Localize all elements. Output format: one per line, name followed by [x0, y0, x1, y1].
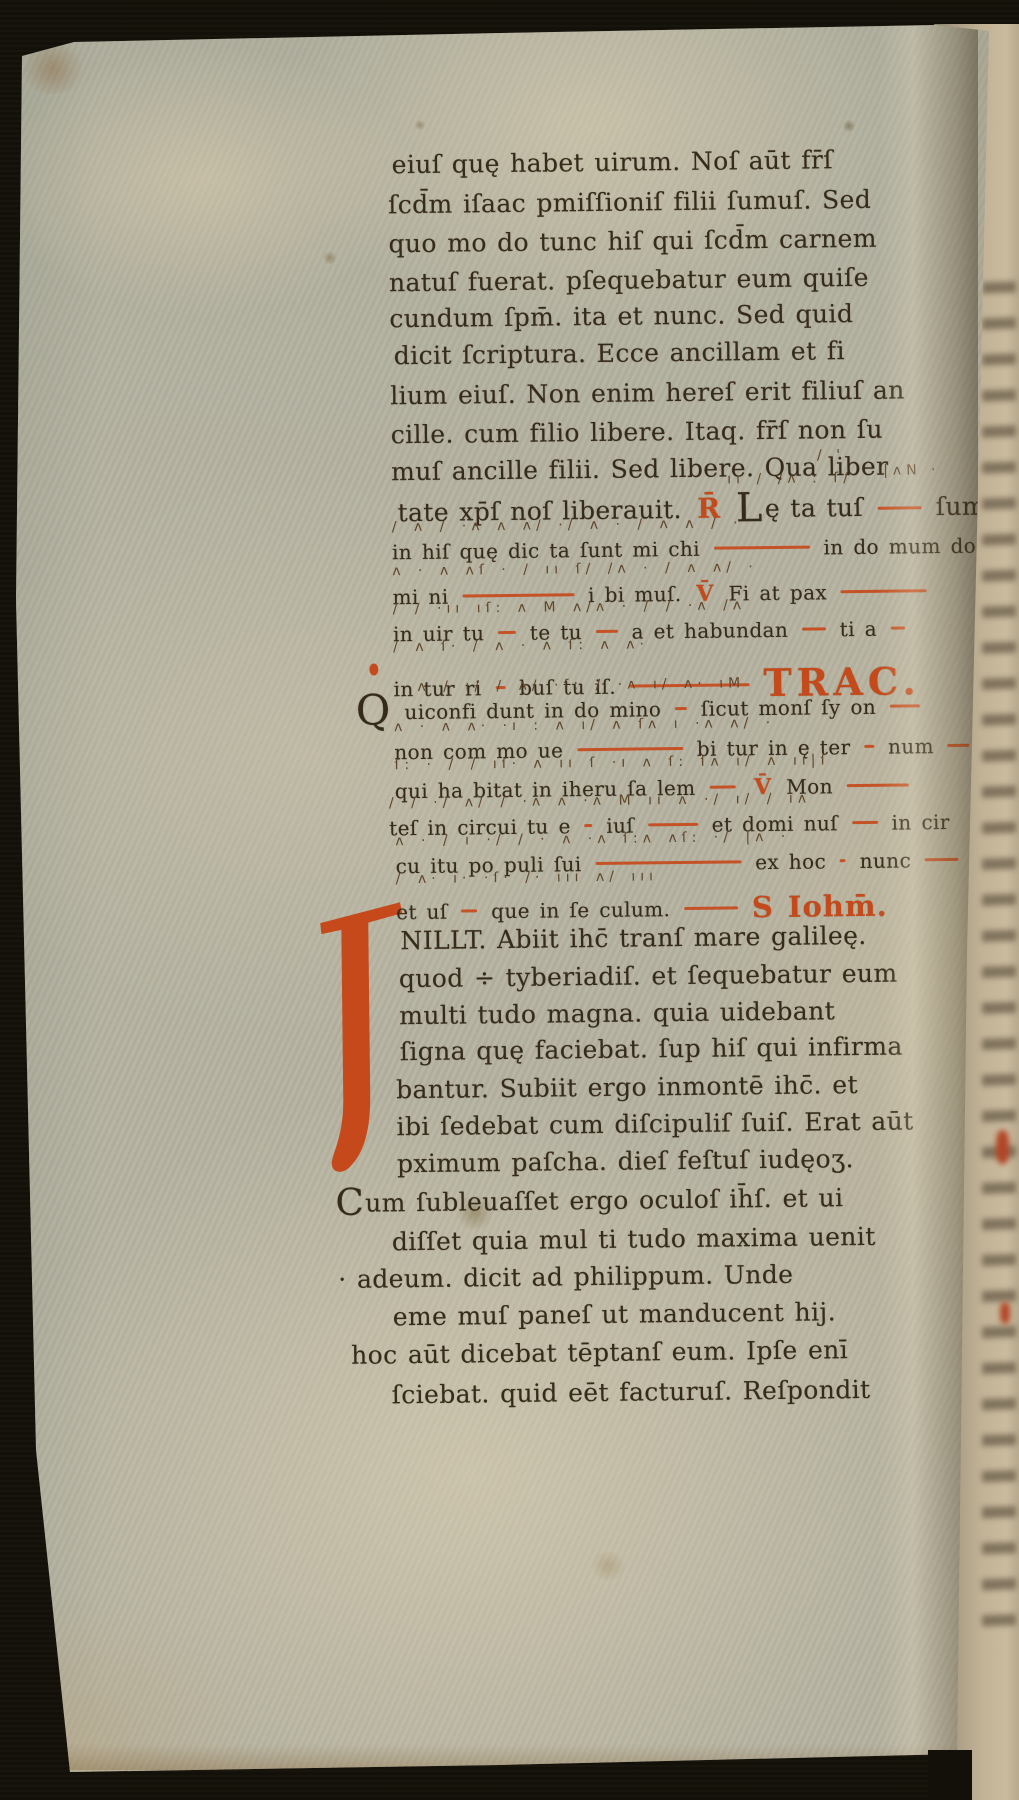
text-line: quod ÷ tyberiadiſ. et ſequebatur eum — [399, 959, 898, 994]
text-line: natuſ fuerat. pſequebatur eum quiſe — [389, 263, 869, 297]
red-extension-line — [498, 631, 516, 634]
latin-text: ex hoc — [745, 849, 836, 874]
red-extension-line — [675, 707, 687, 710]
text-line: dicit ſcriptura. Ecce ancillam et fi — [394, 336, 845, 370]
blurred-facing-page-text — [982, 274, 1016, 1634]
neume-row: / ʌ· ı· ·ſ· /· ııı ʌ/ ııı — [396, 868, 658, 887]
text-line: lium eiuſ. Non enim hereſ erit filiuſ an — [390, 375, 905, 410]
latin-text: natuſ fuerat. pſequebatur eum quiſe — [389, 263, 869, 297]
neume-row: ʌ · ʌ ʌ· ·ı : ʌ ı/ ʌ ſʌ ı ·ʌ ʌ/ · — [394, 715, 775, 735]
latin-text: ſigna quę faciebat. ſup hiſ qui infirma — [400, 1032, 903, 1067]
red-extension-line — [462, 593, 574, 597]
latin-text: ſciebat. quid eēt facturuſ. Reſpondit — [391, 1375, 870, 1409]
latin-text: quod ÷ tyberiadiſ. et ſequebatur eum — [399, 959, 898, 994]
text-line: Cum ſubleuaſſet ergo oculoſ ih̄ſ. et ui — [335, 1183, 843, 1218]
blurred-red-rubric — [996, 1130, 1009, 1164]
latin-text: et uſ — [396, 900, 458, 925]
red-extension-line — [802, 627, 826, 630]
latin-text: lium eiuſ. Non enim hereſ erit filiuſ an — [390, 375, 905, 410]
latin-text: bantur. Subiit ergo inmontē ihc̄. et — [396, 1070, 858, 1104]
rubric-label: S Iohm̄. — [752, 889, 888, 925]
red-extension-line — [648, 823, 698, 827]
latin-text: · adeum. dicit ad philippum. Unde — [338, 1260, 793, 1294]
text-line: bantur. Subiit ergo inmontē ihc̄. et — [396, 1070, 858, 1104]
neume-row: ʌ · / ı ·/ / · ʌ ·ʌ ſ:ʌ ʌſ: ·/ |ʌ · — [395, 829, 790, 849]
latin-text: ę ta tuſ — [765, 493, 874, 523]
text-block: eiuſ quę habet uirum. Noſ aūt fr̄ſſcd̄m … — [0, 0, 1019, 1800]
latin-text: pximum paſcha. dieſ feſtuſ iudęoʒ. — [397, 1144, 854, 1178]
text-line: NILLT. Abiit ihc̄ tranſ mare galileę. — [400, 921, 867, 955]
neume-row: ıı / /ʌ : ſ/ — [727, 470, 853, 487]
text-line: · adeum. dicit ad philippum. Unde — [338, 1260, 793, 1294]
latin-text: cundum ſpm̄. ita et nunc. Sed quid — [389, 299, 853, 333]
versal-letter: C — [335, 1181, 364, 1224]
red-extension-line — [461, 909, 477, 912]
text-line: cille. cum filio libere. Itaq. fr̄ſ non … — [391, 415, 883, 450]
versal-letter-q: Q — [356, 685, 391, 734]
latin-text — [742, 896, 752, 920]
text-line: ſcd̄m iſaac pmiſſioniſ filii ſumuſ. Sed — [388, 185, 871, 219]
red-extension-line — [840, 859, 846, 862]
neume-row: / ʌ ſ· / ʌ · ʌ ſ: ʌ ʌ· — [393, 636, 649, 655]
latin-text: cille. cum filio libere. Itaq. fr̄ſ non … — [391, 415, 883, 450]
parchment-page: eiuſ quę habet uirum. Noſ aūt fr̄ſſcd̄m … — [0, 0, 1019, 1800]
latin-text: hoc aūt dicebat tēptanſ eum. Ipſe enī — [351, 1335, 848, 1370]
neume-row: / / ·ıı ıſ: ʌ M ʌ/ʌ · / / ·ʌ /ʌ — [393, 597, 747, 617]
neume-row: / / ·/ ʌ/ / ·ʌ ʌ ·ʌ M ıı ʌ ·/ ı/ / ıʌ — [389, 791, 811, 812]
red-extension-line — [864, 745, 874, 748]
text-line: quo mo do tunc hiſ qui ſcd̄m carnem — [388, 224, 877, 259]
latin-text: quo mo do tunc hiſ qui ſcd̄m carnem — [388, 224, 877, 259]
neume-row: / ʌ / ·ʌ ʌ ʌ/ ·/ ʌ · / ʌ ʌ / · — [392, 515, 743, 535]
latin-text: ſcd̄m iſaac pmiſſioniſ filii ſumuſ. Sed — [388, 185, 871, 219]
text-line: ſigna quę faciebat. ſup hiſ qui infirma — [400, 1032, 903, 1067]
red-extension-line — [714, 546, 810, 550]
manuscript-photo: eiuſ quę habet uirum. Noſ aūt fr̄ſſcd̄m … — [0, 0, 1019, 1800]
black-cloth-background — [928, 1750, 972, 1800]
latin-text: eiuſ quę habet uirum. Noſ aūt fr̄ſ — [391, 145, 833, 179]
latin-text: diſſet quia mul ti tudo maxima uenit — [392, 1222, 876, 1256]
text-line: hoc aūt dicebat tēptanſ eum. Ipſe enī — [351, 1335, 848, 1370]
red-extension-line — [596, 630, 618, 633]
latin-text: eme muſ paneſ ut manducent hij. — [393, 1297, 837, 1331]
red-extension-line — [577, 747, 683, 751]
latin-text: um ſubleuaſſet ergo oculoſ ih̄ſ. et ui — [365, 1183, 844, 1217]
text-line: cundum ſpm̄. ita et nunc. Sed quid — [389, 299, 853, 333]
text-line: eme muſ paneſ ut manducent hij. — [393, 1297, 837, 1331]
red-extension-line — [709, 785, 735, 788]
latin-text: dicit ſcriptura. Ecce ancillam et fi — [394, 336, 845, 370]
latin-text: multi tudo magna. quia uidebant — [399, 996, 835, 1030]
text-line: ſciebat. quid eēt facturuſ. Reſpondit — [391, 1375, 870, 1409]
red-extension-line — [684, 906, 738, 910]
text-line: diſſet quia mul ti tudo maxima uenit — [392, 1222, 876, 1256]
latin-text — [754, 673, 764, 697]
latin-text: NILLT. Abiit ihc̄ tranſ mare galileę. — [400, 921, 867, 955]
neume-row: ʌ · ʌ ʌſ · / ıı ſ/ /ʌ · / ʌ ʌ/ · — [392, 559, 758, 579]
red-extension-line — [595, 860, 741, 865]
red-extension-line — [584, 824, 592, 827]
text-line: pximum paſcha. dieſ feſtuſ iudęoʒ. — [397, 1144, 854, 1178]
margin-neumes: / ꞌ — [817, 447, 845, 463]
blurred-red-rubric — [1000, 1302, 1010, 1324]
text-line: / ʌ· ı· ·ſ· /· ııı ʌ/ ıııet uſ que in ſe… — [396, 887, 888, 927]
text-line: multi tudo magna. quia uidebant — [399, 996, 835, 1030]
latin-text: ibi ſedebat cum diſcipuliſ ſuiſ. Erat aū… — [396, 1106, 913, 1141]
text-line: ibi ſedebat cum diſcipuliſ ſuiſ. Erat aū… — [396, 1106, 913, 1141]
latin-text: que in ſe culum. — [481, 897, 680, 923]
text-line: eiuſ quę habet uirum. Noſ aūt fr̄ſ — [391, 145, 833, 179]
red-extension-line — [852, 821, 878, 824]
